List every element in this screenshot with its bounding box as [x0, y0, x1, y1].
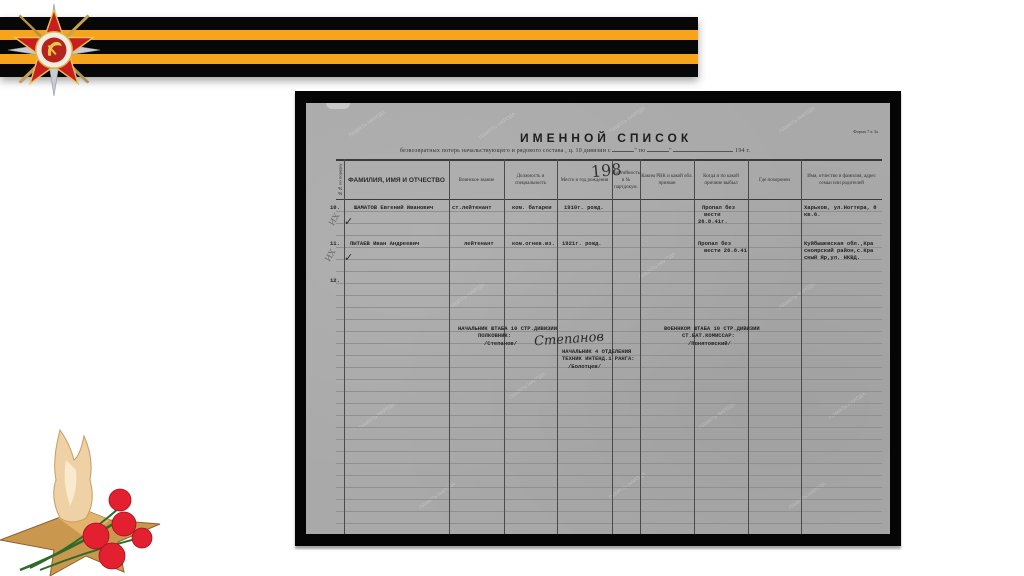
row-relatives-line2: сноярский район,с.Кра — [804, 247, 873, 254]
paper-fold — [326, 103, 350, 109]
handwritten-number: 198 — [590, 160, 622, 182]
row-name: ПЫТАЕВ Иван Андреевич — [350, 240, 419, 247]
row-number: 11. — [330, 240, 340, 247]
signature-left-line2: ПОЛКОВНИК: — [478, 332, 511, 339]
signature-center-line2: ТЕХНИК ИНТЕНД.1 РАНГА: — [562, 355, 635, 362]
form-label: Форма 7 к 3а — [853, 129, 878, 134]
column-header-relatives: Имя, отчество и фамилия, адрес семьи или… — [801, 161, 882, 199]
ribbon-stripe-orange — [0, 30, 698, 40]
row-position: ком. батареи — [512, 204, 552, 211]
archival-document: ПАМЯТЬ НАРОДА ПАМЯТЬ НАРОДА ПАМЯТЬ НАРОД… — [306, 103, 890, 534]
document-subtitle: безвозвратных потерь начальствующего и р… — [400, 148, 750, 154]
row-relatives-line1: Харьков, ул.Ногтера, 8 — [804, 204, 877, 211]
ribbon-stripe-black — [0, 17, 698, 30]
column-header-name: ФАМИЛИЯ, ИМЯ И ОТЧЕСТВО — [344, 161, 449, 199]
check-mark-icon: ✓ — [344, 251, 353, 264]
document-title: ИМЕННОЙ СПИСОК — [520, 131, 692, 145]
row-when-line2: вести — [704, 211, 721, 218]
row-rank: ст.лейтенант — [452, 204, 492, 211]
signature-right-line1: ВОЕННКОМ ШТАБА 10 СТР.ДИВИЗИИ — [664, 325, 760, 332]
ribbon-stripe-black — [0, 64, 698, 77]
document-photo-frame: ПАМЯТЬ НАРОДА ПАМЯТЬ НАРОДА ПАМЯТЬ НАРОД… — [295, 91, 901, 546]
row-number: 12. — [330, 277, 340, 284]
st-george-ribbon — [0, 17, 698, 77]
row-when-line1: Пропал без — [698, 240, 731, 247]
row-relatives-line3: сный Яр,ул. НКВД. — [804, 254, 860, 261]
row-when-line1: Пропал без — [702, 204, 735, 211]
column-header-position: Должность и специальность — [504, 161, 557, 199]
row-position: ком.огнев.вз. — [512, 240, 555, 247]
row-relatives-line2: кв.6. — [804, 211, 821, 218]
check-mark-icon: ✓ — [344, 215, 353, 228]
column-header-rvk: Каким РВК и какой обл. призван — [640, 161, 694, 199]
row-when-line2: вести 26.8.41 — [704, 247, 747, 254]
row-birth: 1910г. рожд. — [564, 204, 604, 211]
row-rank: лейтенант — [464, 240, 494, 247]
column-header-number: №№ по порядку — [336, 161, 344, 199]
column-header-rank: Воинское звание — [449, 161, 504, 199]
signature-left-line3: /Степанов/ — [484, 340, 517, 347]
signature-center-line3: /Болотцев/ — [568, 363, 601, 370]
row-relatives-line1: Куйбышевская обл.,Кра — [804, 240, 873, 247]
signature-right-line2: СТ.БАТ.КОМИССАР: — [682, 332, 735, 339]
column-header-when: Когда и по какой причине выбыл — [694, 161, 748, 199]
signature-right-line3: /Понятовский/ — [688, 340, 731, 347]
signature-center-line1: НАЧАЛЬНИК 4 ОТДЕЛЕНИЯ — [562, 348, 631, 355]
row-name: ШАМАТОВ Евгений Иванович — [354, 204, 433, 211]
order-medal-icon — [6, 2, 102, 98]
eternal-flame-icon — [0, 420, 170, 576]
row-when-line3: 26.8.41г. — [698, 218, 728, 225]
signature-left-line1: НАЧАЛЬНИК ШТАБА 10 СТР.ДИВИЗИИ — [458, 325, 557, 332]
ribbon-stripe-black — [0, 40, 698, 54]
row-number: 10. — [330, 204, 340, 211]
ribbon-stripe-orange — [0, 54, 698, 64]
row-birth: 1921г. рожд. — [562, 240, 602, 247]
column-header-where: Где похоронен — [748, 161, 801, 199]
